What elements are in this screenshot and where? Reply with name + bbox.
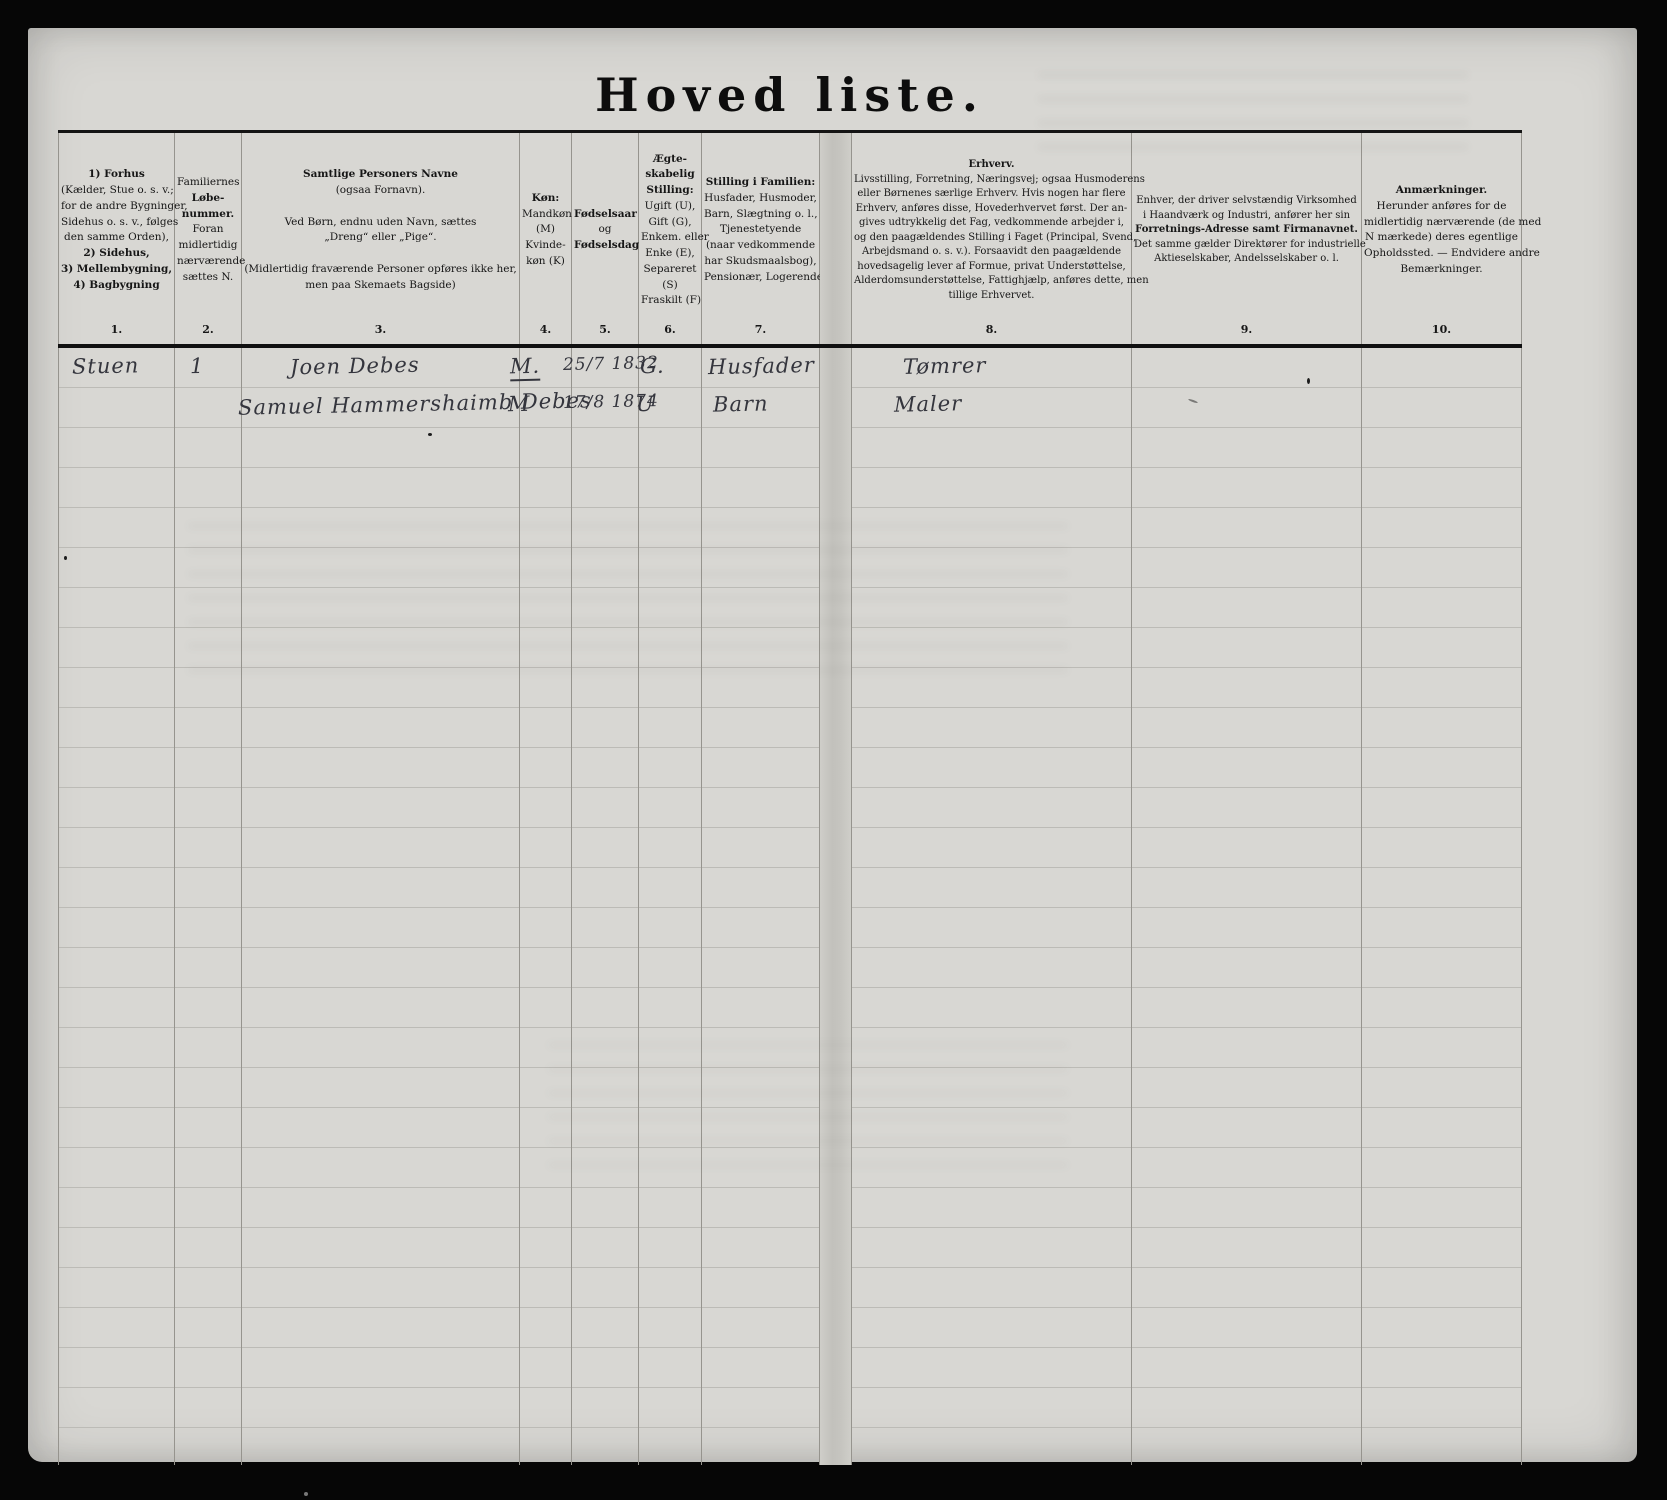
header-line: Herunder anføres for de xyxy=(1364,199,1519,215)
column-header-2: FamiliernesLøbe-nummer.Foranmidlertidign… xyxy=(175,133,242,344)
header-line: Separeret xyxy=(641,262,699,278)
column-header-6: Ægte-skabeligStilling:Ugift (U),Gift (G)… xyxy=(639,133,702,344)
header-line: skabelig xyxy=(641,167,699,183)
header-line: for de andre Bygninger, xyxy=(61,199,172,215)
column-header-9: Enhver, der driver selvstændig Virksomhe… xyxy=(1132,133,1362,344)
column-header-text: Erhverv.Livsstilling, Forretning, Næring… xyxy=(854,158,1129,303)
scanned-census-page: { "page": { "title": "Hoved liste." }, "… xyxy=(0,0,1667,1500)
census-table: 1) Forhus(Kælder, Stue o. s. v.;for de a… xyxy=(58,130,1522,1465)
scan-speck xyxy=(64,556,67,560)
column-header-3: Samtlige Personers Navne(ogsaa Fornavn).… xyxy=(242,133,520,344)
header-line: nærværende xyxy=(177,254,239,270)
header-line: Ugift (U), xyxy=(641,199,699,215)
column-header-text: Samtlige Personers Navne(ogsaa Fornavn).… xyxy=(244,167,517,293)
header-line: (naar vedkommende xyxy=(704,238,817,254)
header-line: Enhver, der driver selvstændig Virksomhe… xyxy=(1134,194,1359,209)
header-line: Familiernes xyxy=(177,175,239,191)
page-fold-gutter xyxy=(820,133,852,344)
header-line: Aktieselskaber, Andelsselskaber o. l. xyxy=(1134,252,1359,267)
header-line: Sidehus o. s. v., følges xyxy=(61,215,172,231)
header-line: (ogsaa Fornavn). xyxy=(244,183,517,199)
header-line: nummer. xyxy=(177,207,239,223)
header-line: Samtlige Personers Navne xyxy=(244,167,517,183)
column-number: 9. xyxy=(1132,322,1361,344)
header-line: sættes N. xyxy=(177,270,239,286)
header-line: (M) xyxy=(522,222,569,238)
body-column xyxy=(242,348,520,1465)
header-line: Ved Børn, endnu uden Navn, sættes xyxy=(244,215,517,231)
header-line: hovedsagelig lever af Formue, privat Und… xyxy=(854,260,1129,275)
header-line: Ægte- xyxy=(641,152,699,168)
header-line: i Haandværk og Industri, anfører her sin xyxy=(1134,209,1359,224)
header-line: Køn: xyxy=(522,191,569,207)
header-line: Forretnings-Adresse samt Firmanavnet. xyxy=(1134,223,1359,238)
header-line: midlertidig nærværende (de med xyxy=(1364,215,1519,231)
header-line: Det samme gælder Direktører for industri… xyxy=(1134,238,1359,253)
header-line: Gift (G), xyxy=(641,215,699,231)
column-header-7: Stilling i Familien:Husfader, Husmoder,B… xyxy=(702,133,820,344)
column-header-8: Erhverv.Livsstilling, Forretning, Næring… xyxy=(852,133,1132,344)
header-line: Mandkøn xyxy=(522,207,569,223)
document-page: Hoved liste. 1) Forhus(Kælder, Stue o. s… xyxy=(28,28,1637,1462)
header-line: Fødselsaar xyxy=(574,207,636,223)
header-line: Stilling: xyxy=(641,183,699,199)
body-column xyxy=(175,348,242,1465)
body-column xyxy=(702,348,820,1465)
header-line: N mærkede) deres egentlige xyxy=(1364,230,1519,246)
table-body: Stuen1Joen DebesM.25/7 1832G.HusfaderTøm… xyxy=(58,348,1522,1465)
header-line: Tjenestetyende xyxy=(704,222,817,238)
body-column xyxy=(1362,348,1522,1465)
header-line: Arbejdsmand o. s. v.). Forsaavidt den pa… xyxy=(854,245,1129,260)
column-number: 5. xyxy=(572,322,638,345)
header-line: Løbe- xyxy=(177,191,239,207)
scan-speck xyxy=(428,433,432,436)
column-number: 2. xyxy=(175,322,241,345)
column-number: 6. xyxy=(639,322,701,345)
header-line xyxy=(244,199,517,215)
body-column xyxy=(572,348,639,1465)
header-line: og xyxy=(574,222,636,238)
header-line: men paa Skemaets Bagside) xyxy=(244,278,517,294)
header-line: 4) Bagbygning xyxy=(61,278,172,294)
scan-speck xyxy=(304,1492,308,1496)
column-number: 4. xyxy=(520,322,571,345)
page-fold-gutter xyxy=(820,348,852,1465)
header-line: Erhverv, anføres disse, Hovederhvervet f… xyxy=(854,202,1129,217)
ruled-grid xyxy=(58,348,1522,1465)
header-line: (Midlertidig fraværende Personer opføres… xyxy=(244,262,517,278)
header-line: Enke (E), xyxy=(641,246,699,262)
column-number: 10. xyxy=(1362,322,1521,345)
column-header-1: 1) Forhus(Kælder, Stue o. s. v.;for de a… xyxy=(58,133,175,344)
header-line: Kvinde- xyxy=(522,238,569,254)
page-title: Hoved liste. xyxy=(58,68,1522,122)
header-line: køn (K) xyxy=(522,254,569,270)
column-number: 7. xyxy=(702,322,819,345)
header-line: Fødselsdag xyxy=(574,238,636,254)
header-line: Pensionær, Logerende xyxy=(704,270,817,286)
header-line: Opholdssted. — Endvidere andre xyxy=(1364,246,1519,262)
header-line: (Kælder, Stue o. s. v.; xyxy=(61,183,172,199)
header-line: Enkem. eller xyxy=(641,230,699,246)
column-header-10: Anmærkninger.Herunder anføres for demidl… xyxy=(1362,133,1522,344)
column-header-text: Køn:Mandkøn(M)Kvinde-køn (K) xyxy=(522,191,569,270)
header-line: gives udtrykkelig det Fag, vedkommende a… xyxy=(854,216,1129,231)
header-line: Foran xyxy=(177,222,239,238)
header-line: Fraskilt (F) xyxy=(641,293,699,309)
header-line: Husfader, Husmoder, xyxy=(704,191,817,207)
column-header-4: Køn:Mandkøn(M)Kvinde-køn (K)4. xyxy=(520,133,572,344)
body-column xyxy=(1132,348,1362,1465)
header-line: 1) Forhus xyxy=(61,167,172,183)
header-line: den samme Orden), xyxy=(61,230,172,246)
header-line: Livsstilling, Forretning, Næringsvej; og… xyxy=(854,173,1129,188)
column-header-text: Stilling i Familien:Husfader, Husmoder,B… xyxy=(704,175,817,285)
body-column xyxy=(520,348,572,1465)
scan-speck xyxy=(1307,378,1310,384)
column-header-text: 1) Forhus(Kælder, Stue o. s. v.;for de a… xyxy=(61,167,172,293)
body-column xyxy=(639,348,702,1465)
header-line: og den paagældendes Stilling i Faget (Pr… xyxy=(854,231,1129,246)
column-number: 1. xyxy=(59,322,174,345)
header-line: Alderdomsunderstøttelse, Fattighjælp, an… xyxy=(854,274,1129,289)
column-header-text: FødselsaarogFødselsdag xyxy=(574,207,636,254)
header-line: 2) Sidehus, xyxy=(61,246,172,262)
header-line: midlertidig xyxy=(177,238,239,254)
header-line: tillige Erhvervet. xyxy=(854,289,1129,304)
column-header-text: Ægte-skabeligStilling:Ugift (U),Gift (G)… xyxy=(641,152,699,310)
column-header-text: FamiliernesLøbe-nummer.Foranmidlertidign… xyxy=(177,175,239,285)
header-line: Bemærkninger. xyxy=(1364,262,1519,278)
header-line: Erhverv. xyxy=(854,158,1129,173)
column-header-5: FødselsaarogFødselsdag5. xyxy=(572,133,639,344)
header-line: har Skudsmaalsbog), xyxy=(704,254,817,270)
header-line: (S) xyxy=(641,278,699,294)
table-header-row: 1) Forhus(Kælder, Stue o. s. v.;for de a… xyxy=(58,130,1522,348)
header-line: „Dreng“ eller „Pige“. xyxy=(244,230,517,246)
header-line: Stilling i Familien: xyxy=(704,175,817,191)
header-line: 3) Mellembygning, xyxy=(61,262,172,278)
column-header-text: Enhver, der driver selvstændig Virksomhe… xyxy=(1134,194,1359,267)
header-line: Barn, Slægtning o. l., xyxy=(704,207,817,223)
header-line: eller Børnenes særlige Erhverv. Hvis nog… xyxy=(854,187,1129,202)
body-column xyxy=(852,348,1132,1465)
header-line: Anmærkninger. xyxy=(1364,183,1519,199)
header-line xyxy=(244,246,517,262)
column-header-text: Anmærkninger.Herunder anføres for demidl… xyxy=(1364,183,1519,278)
column-number: 3. xyxy=(242,322,519,345)
body-column xyxy=(58,348,175,1465)
column-number: 8. xyxy=(852,322,1131,344)
